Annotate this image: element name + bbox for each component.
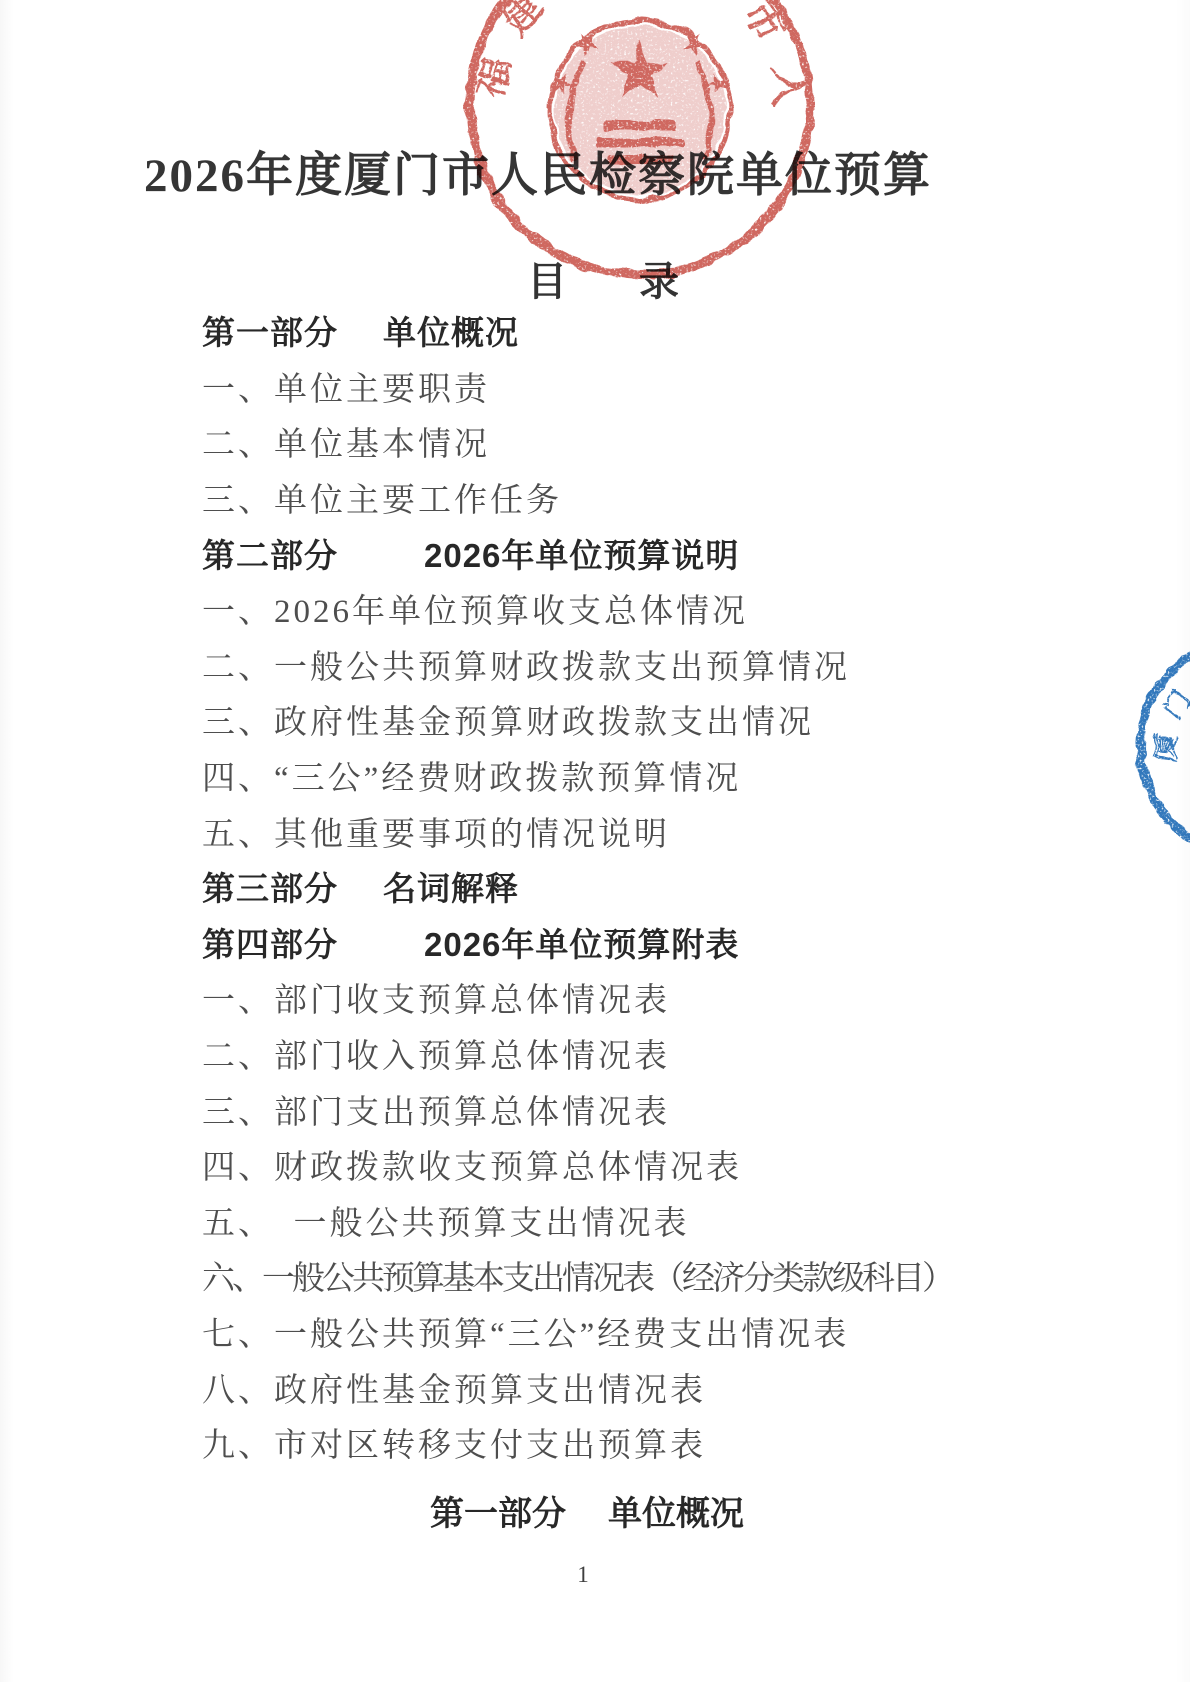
page-number: 1 xyxy=(0,1562,1178,1588)
toc-part-1-title: 单位概况 xyxy=(383,307,519,354)
toc-item: 二、单位基本情况 xyxy=(202,414,1102,470)
section-one-heading-label: 第一部分 xyxy=(430,1486,566,1535)
toc-item: 四、“三公”经费财政拨款预算情况 xyxy=(202,748,1102,804)
toc-item: 六、一般公共预算基本支出情况表（经济分类款级科目） xyxy=(202,1248,1102,1304)
toc-item: 二、部门收入预算总体情况表 xyxy=(202,1026,1102,1082)
toc-item: 五、其他重要事项的情况说明 xyxy=(202,803,1102,859)
toc-part-4-title: 2026年单位预算附表 xyxy=(424,919,739,966)
section-one-heading-title: 单位概况 xyxy=(608,1486,744,1535)
toc-item: 四、财政拨款收支预算总体情况表 xyxy=(202,1137,1102,1193)
toc-item: 五、 一般公共预算支出情况表 xyxy=(202,1193,1102,1249)
toc-item: 七、一般公共预算“三公”经费支出情况表 xyxy=(202,1304,1102,1360)
toc-part-2: 第二部分 2026年单位预算说明 xyxy=(202,525,1102,581)
toc-heading-gap xyxy=(567,278,639,279)
toc-part-1: 第一部分 单位概况 xyxy=(202,303,1102,359)
toc-item: 三、政府性基金预算财政拨款支出情况 xyxy=(202,692,1102,748)
toc-part-2-label: 第二部分 xyxy=(202,530,338,577)
toc-item: 九、市对区转移支付支出预算表 xyxy=(202,1415,1102,1471)
toc-item: 一、2026年单位预算收支总体情况 xyxy=(202,581,1102,637)
document-title: 2026年度厦门市人民检察院单位预算 xyxy=(144,138,932,205)
toc-part-3-label: 第三部分 xyxy=(202,863,338,910)
toc-item: 一、单位主要职责 xyxy=(202,359,1102,415)
toc-part-4: 第四部分 2026年单位预算附表 xyxy=(202,915,1102,971)
toc-part-1-label: 第一部分 xyxy=(202,307,338,354)
toc-heading: 目 录 xyxy=(527,250,679,307)
toc-heading-char-right: 录 xyxy=(639,250,679,307)
toc-item: 三、单位主要工作任务 xyxy=(202,470,1102,526)
toc-item: 二、一般公共预算财政拨款支出预算情况 xyxy=(202,637,1102,693)
toc-part-3-title: 名词解释 xyxy=(383,863,519,910)
toc-item: 一、部门收支预算总体情况表 xyxy=(202,970,1102,1026)
toc-part-4-label: 第四部分 xyxy=(202,919,338,966)
toc-heading-char-left: 目 xyxy=(527,250,567,307)
toc-item: 八、政府性基金预算支出情况表 xyxy=(202,1359,1102,1415)
toc-part-3: 第三部分 名词解释 xyxy=(202,859,1102,915)
table-of-contents: 第一部分 单位概况 一、单位主要职责 二、单位基本情况 三、单位主要工作任务 第… xyxy=(202,303,1102,1470)
toc-part-2-title: 2026年单位预算说明 xyxy=(424,530,739,577)
toc-item: 三、部门支出预算总体情况表 xyxy=(202,1081,1102,1137)
section-one-heading: 第一部分 单位概况 xyxy=(0,1486,1182,1535)
